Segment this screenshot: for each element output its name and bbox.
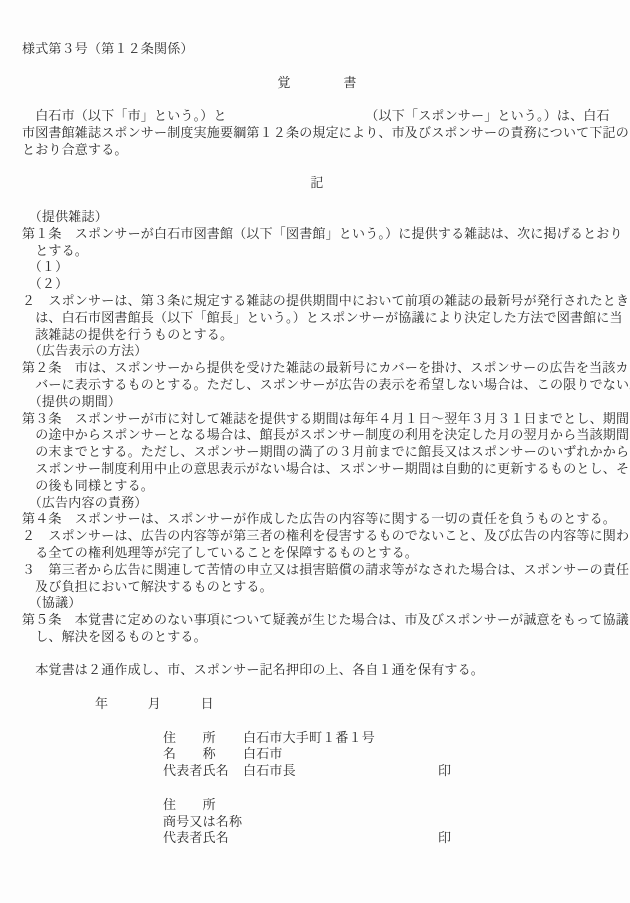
- sponsor-trade-name-row: 商号又は名称: [22, 814, 612, 831]
- sponsor-representative-row: 代表者氏名印: [22, 830, 612, 847]
- heading-provision-period: （提供の期間）: [22, 394, 612, 411]
- article1-line2: とする。: [22, 243, 612, 260]
- spacer: [22, 679, 612, 696]
- spacer: [22, 58, 612, 75]
- article3-line3: の末までとする。ただし、スポンサー期間の満了の３月前までに館長又はスポンサーのい…: [22, 444, 612, 461]
- city-address-row: 住 所白石市大手町１番１号: [22, 730, 612, 747]
- article2-line2: バーに表示するものとする。ただし、スポンサーが広告の表示を希望しない場合は、この…: [22, 377, 612, 394]
- opening-paragraph-line3: とおり合意する。: [22, 142, 612, 159]
- article4-para2-line2: る全ての権利処理等が完了していることを保障するものとする。: [22, 545, 612, 562]
- closing-sentence: 本覚書は２通作成し、市、スポンサー記名押印の上、各自１通を保有する。: [22, 662, 612, 679]
- article4-para2-line1: ２ スポンサーは、広告の内容等が第三者の権利を侵害するものでないこと、及び広告の…: [22, 528, 612, 545]
- article4-line1: 第４条 スポンサーは、スポンサーが作成した広告の内容等に関する一切の責任を負うも…: [22, 511, 612, 528]
- article3-line2: の途中からスポンサーとなる場合は、館長がスポンサー制度の利用を決定した月の翌月か…: [22, 427, 612, 444]
- heading-provided-magazines: （提供雑誌）: [22, 209, 612, 226]
- article1-item2: （２）: [22, 276, 612, 293]
- address-value: 白石市長: [243, 763, 296, 778]
- article3-line1: 第３条 スポンサーが市に対して雑誌を提供する期間は毎年４月１日～翌年３月３１日ま…: [22, 411, 612, 428]
- heading-consultation: （協議）: [22, 595, 612, 612]
- spacer: [22, 713, 612, 730]
- article3-line5: の後も同様とする。: [22, 478, 612, 495]
- heading-ad-display-method: （広告表示の方法）: [22, 343, 612, 360]
- opening-paragraph-line1: 白石市（以下「市」という。）と （以下「スポンサー」という。）は、白石: [22, 108, 612, 125]
- heading-ki: 記: [22, 175, 612, 192]
- spacer: [22, 646, 612, 663]
- city-name-row: 名 称白石市: [22, 746, 612, 763]
- seal-mark: 印: [438, 830, 451, 847]
- address-label: 代表者氏名: [163, 830, 243, 847]
- date-line: 年 月 日: [22, 696, 612, 713]
- address-value: 白石市大手町１番１号: [243, 730, 375, 745]
- address-label: 代表者氏名: [163, 763, 243, 780]
- heading-ad-content-responsibility: （広告内容の責務）: [22, 495, 612, 512]
- memorandum-page: 様式第３号（第１２条関係）覚 書 白石市（以下「市」という。）と （以下「スポン…: [0, 0, 630, 903]
- article3-line4: スポンサー制度利用中止の意思表示がない場合は、スポンサー期間は自動的に更新するも…: [22, 461, 612, 478]
- address-label: 住 所: [163, 730, 243, 747]
- seal-mark: 印: [438, 763, 451, 780]
- article1-para2-line1: ２ スポンサーは、第３条に規定する雑誌の提供期間中において前項の雑誌の最新号が発…: [22, 293, 612, 310]
- spacer: [22, 192, 612, 209]
- spacer: [22, 91, 612, 108]
- spacer: [22, 780, 612, 797]
- address-label: 住 所: [163, 797, 243, 814]
- article1-para2-line3: 該雑誌の提供を行うものとする。: [22, 327, 612, 344]
- sponsor-address-row: 住 所: [22, 797, 612, 814]
- article4-para3-line2: 及び負担において解決するものとする。: [22, 579, 612, 596]
- opening-paragraph-line2: 市図書館雑誌スポンサー制度実施要綱第１２条の規定により、市及びスポンサーの責務に…: [22, 125, 612, 142]
- form-label: 様式第３号（第１２条関係）: [22, 41, 612, 58]
- article2-line1: 第２条 市は、スポンサーから提供を受けた雑誌の最新号にカバーを掛け、スポンサーの…: [22, 360, 612, 377]
- city-representative-row: 代表者氏名白石市長印: [22, 763, 612, 780]
- article1-para2-line2: は、白石市図書館長（以下「館長」という。）とスポンサーが協議により決定した方法で…: [22, 310, 612, 327]
- spacer: [22, 159, 612, 176]
- article5-line2: し、解決を図るものとする。: [22, 629, 612, 646]
- memorandum-body: 様式第３号（第１２条関係）覚 書 白石市（以下「市」という。）と （以下「スポン…: [0, 0, 630, 847]
- title: 覚 書: [22, 75, 612, 92]
- article1-item1: （１）: [22, 259, 612, 276]
- article1-line1: 第１条 スポンサーが白石市図書館（以下「図書館」という。）に提供する雑誌は、次に…: [22, 226, 612, 243]
- address-label: 商号又は名称: [163, 814, 243, 831]
- article5-line1: 第５条 本覚書に定めのない事項について疑義が生じた場合は、市及びスポンサーが誠意…: [22, 612, 612, 629]
- address-label: 名 称: [163, 746, 243, 763]
- article4-para3-line1: ３ 第三者から広告に関連して苦情の申立又は損害賠償の請求等がなされた場合は、スポ…: [22, 562, 612, 579]
- address-value: 白石市: [243, 746, 283, 761]
